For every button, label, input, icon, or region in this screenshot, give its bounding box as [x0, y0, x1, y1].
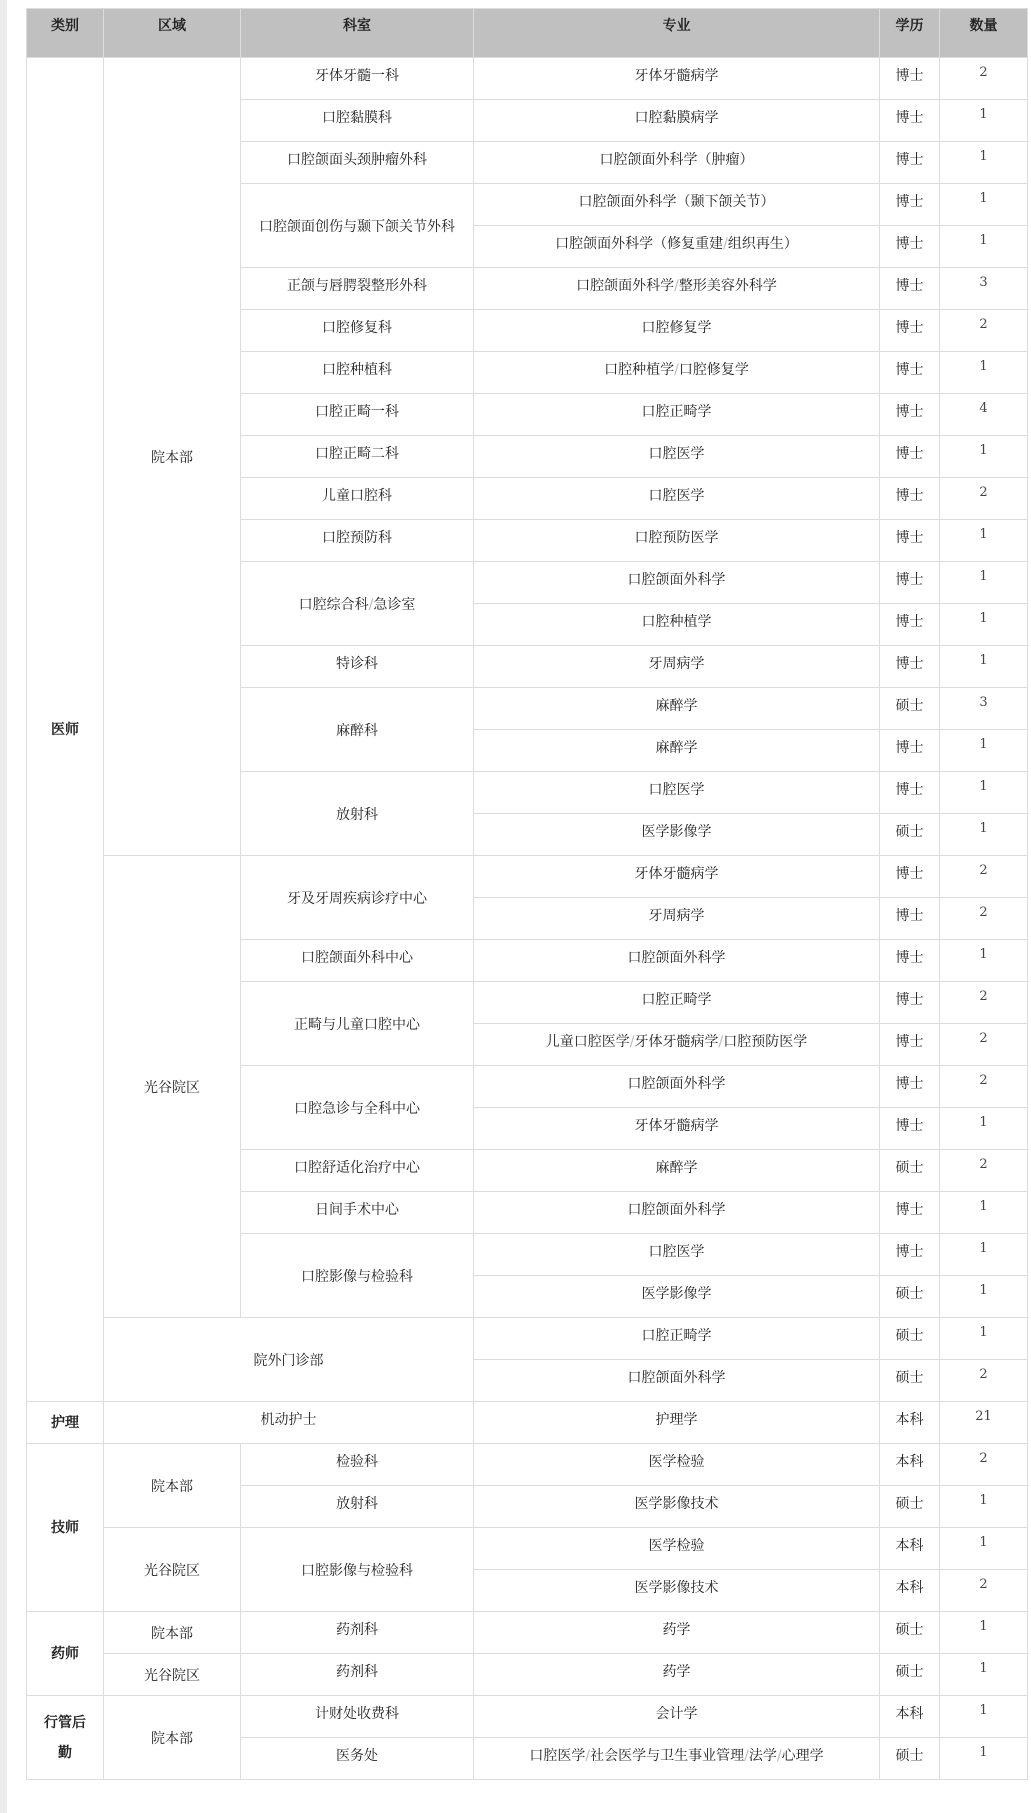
region-cell: 院本部	[104, 1444, 241, 1528]
table-row: 光谷院区牙及牙周疾病诊疗中心牙体牙髓病学博士2	[27, 856, 1028, 898]
count-cell: 1	[940, 1696, 1028, 1738]
degree-cell: 博士	[880, 100, 940, 142]
major-cell: 麻醉学	[474, 688, 880, 730]
degree-cell: 本科	[880, 1528, 940, 1570]
degree-cell: 博士	[880, 898, 940, 940]
clipped-intro-text	[50, 0, 750, 3]
table-row: 院外门诊部口腔正畸学硕士1	[27, 1318, 1028, 1360]
degree-cell: 博士	[880, 226, 940, 268]
degree-cell: 博士	[880, 436, 940, 478]
table-row: 光谷院区口腔影像与检验科医学检验本科1	[27, 1528, 1028, 1570]
category-cell: 技师	[27, 1444, 104, 1612]
degree-cell: 博士	[880, 646, 940, 688]
major-cell: 口腔正畸学	[474, 982, 880, 1024]
count-cell: 2	[940, 1444, 1028, 1486]
major-cell: 麻醉学	[474, 730, 880, 772]
count-cell: 1	[940, 1192, 1028, 1234]
count-cell: 1	[940, 100, 1028, 142]
department-cell: 口腔急诊与全科中心	[241, 1066, 474, 1150]
degree-cell: 硕士	[880, 1486, 940, 1528]
count-cell: 1	[940, 1654, 1028, 1696]
table-row: 光谷院区药剂科药学硕士1	[27, 1654, 1028, 1696]
major-cell: 牙体牙髓病学	[474, 1108, 880, 1150]
degree-cell: 博士	[880, 184, 940, 226]
major-cell: 口腔种植学	[474, 604, 880, 646]
major-cell: 医学检验	[474, 1528, 880, 1570]
degree-cell: 博士	[880, 1192, 940, 1234]
degree-cell: 硕士	[880, 688, 940, 730]
major-cell: 口腔颌面外科学	[474, 1360, 880, 1402]
major-cell: 口腔医学	[474, 478, 880, 520]
table-row: 技师院本部检验科医学检验本科2	[27, 1444, 1028, 1486]
count-cell: 1	[940, 1612, 1028, 1654]
count-cell: 1	[940, 1486, 1028, 1528]
major-cell: 口腔预防医学	[474, 520, 880, 562]
slash-separator: /	[719, 1034, 724, 1050]
degree-cell: 博士	[880, 520, 940, 562]
count-cell: 3	[940, 268, 1028, 310]
header-category: 类别	[27, 9, 104, 58]
department-cell: 牙体牙髓一科	[241, 58, 474, 100]
department-cell: 正颌与唇腭裂整形外科	[241, 268, 474, 310]
count-cell: 2	[940, 58, 1028, 100]
department-cell: 口腔正畸二科	[241, 436, 474, 478]
degree-cell: 博士	[880, 478, 940, 520]
department-cell: 计财处收费科	[241, 1696, 474, 1738]
major-cell: 牙体牙髓病学	[474, 58, 880, 100]
major-cell: 牙周病学	[474, 646, 880, 688]
category-cell: 医师	[27, 58, 104, 1402]
count-cell: 1	[940, 1528, 1028, 1570]
count-cell: 1	[940, 142, 1028, 184]
count-cell: 1	[940, 940, 1028, 982]
degree-cell: 硕士	[880, 814, 940, 856]
major-cell: 医学检验	[474, 1444, 880, 1486]
header-degree: 学历	[880, 9, 940, 58]
department-cell: 牙及牙周疾病诊疗中心	[241, 856, 474, 940]
count-cell: 1	[940, 1738, 1028, 1780]
count-cell: 2	[940, 898, 1028, 940]
degree-cell: 博士	[880, 730, 940, 772]
region-cell: 院本部	[104, 1612, 241, 1654]
region-cell: 光谷院区	[104, 1654, 241, 1696]
major-cell: 牙周病学	[474, 898, 880, 940]
major-cell: 口腔修复学	[474, 310, 880, 352]
slash-separator: /	[369, 597, 374, 613]
department-cell: 检验科	[241, 1444, 474, 1486]
department-cell: 麻醉科	[241, 688, 474, 772]
count-cell: 2	[940, 1150, 1028, 1192]
major-cell: 口腔医学	[474, 436, 880, 478]
count-cell: 1	[940, 814, 1028, 856]
degree-cell: 本科	[880, 1444, 940, 1486]
major-cell: 口腔黏膜病学	[474, 100, 880, 142]
department-cell: 正畸与儿童口腔中心	[241, 982, 474, 1066]
department-cell: 口腔颌面头颈肿瘤外科	[241, 142, 474, 184]
degree-cell: 博士	[880, 268, 940, 310]
degree-cell: 博士	[880, 604, 940, 646]
degree-cell: 硕士	[880, 1654, 940, 1696]
department-cell: 口腔综合科/急诊室	[241, 562, 474, 646]
major-cell: 口腔颌面外科学（颞下颌关节）	[474, 184, 880, 226]
header-department: 科室	[241, 9, 474, 58]
count-cell: 1	[940, 646, 1028, 688]
major-cell: 会计学	[474, 1696, 880, 1738]
major-cell: 口腔正畸学	[474, 394, 880, 436]
count-cell: 2	[940, 478, 1028, 520]
degree-cell: 本科	[880, 1696, 940, 1738]
department-cell: 特诊科	[241, 646, 474, 688]
count-cell: 2	[940, 1066, 1028, 1108]
region-cell: 光谷院区	[104, 856, 241, 1318]
count-cell: 1	[940, 1276, 1028, 1318]
department-cell: 口腔种植科	[241, 352, 474, 394]
table-header-row: 类别 区域 科室 专业 学历 数量	[27, 9, 1028, 58]
table-row: 行管后勤院本部计财处收费科会计学本科1	[27, 1696, 1028, 1738]
major-cell: 口腔颌面外科学（肿瘤）	[474, 142, 880, 184]
degree-cell: 本科	[880, 1570, 940, 1612]
category-cell: 药师	[27, 1612, 104, 1696]
count-cell: 2	[940, 982, 1028, 1024]
department-cell: 日间手术中心	[241, 1192, 474, 1234]
recruitment-table: 类别 区域 科室 专业 学历 数量 医师院本部牙体牙髓一科牙体牙髓病学博士2口腔…	[26, 8, 1028, 1780]
region-cell: 院本部	[104, 58, 241, 856]
major-cell: 医学影像学	[474, 814, 880, 856]
count-cell: 1	[940, 562, 1028, 604]
region-cell: 机动护士	[104, 1402, 474, 1444]
degree-cell: 硕士	[880, 1612, 940, 1654]
count-cell: 3	[940, 688, 1028, 730]
major-cell: 药学	[474, 1612, 880, 1654]
major-cell: 医学影像学	[474, 1276, 880, 1318]
major-cell: 口腔颌面外科学	[474, 562, 880, 604]
degree-cell: 博士	[880, 1234, 940, 1276]
degree-cell: 博士	[880, 1108, 940, 1150]
count-cell: 1	[940, 184, 1028, 226]
major-cell: 牙体牙髓病学	[474, 856, 880, 898]
department-cell: 口腔修复科	[241, 310, 474, 352]
major-cell: 口腔正畸学	[474, 1318, 880, 1360]
page-left-gutter	[0, 0, 7, 1813]
header-major: 专业	[474, 9, 880, 58]
table-row: 药师院本部药剂科药学硕士1	[27, 1612, 1028, 1654]
department-cell: 儿童口腔科	[241, 478, 474, 520]
count-cell: 2	[940, 310, 1028, 352]
region-cell: 院本部	[104, 1696, 241, 1780]
category-cell: 行管后勤	[27, 1696, 104, 1780]
table-row: 护理机动护士护理学本科21	[27, 1402, 1028, 1444]
count-cell: 1	[940, 1234, 1028, 1276]
count-cell: 2	[940, 1570, 1028, 1612]
slash-separator: /	[723, 236, 728, 252]
department-cell: 放射科	[241, 1486, 474, 1528]
degree-cell: 博士	[880, 352, 940, 394]
degree-cell: 硕士	[880, 1318, 940, 1360]
major-cell: 口腔颌面外科学	[474, 1066, 880, 1108]
major-cell: 口腔颌面外科学/整形美容外科学	[474, 268, 880, 310]
major-cell: 口腔颌面外科学	[474, 1192, 880, 1234]
count-cell: 2	[940, 1024, 1028, 1066]
table-row: 医师院本部牙体牙髓一科牙体牙髓病学博士2	[27, 58, 1028, 100]
slash-separator: /	[744, 1748, 749, 1764]
degree-cell: 硕士	[880, 1150, 940, 1192]
header-count: 数量	[940, 9, 1028, 58]
slash-separator: /	[777, 1748, 782, 1764]
major-cell: 口腔种植学/口腔修复学	[474, 352, 880, 394]
department-cell: 口腔正畸一科	[241, 394, 474, 436]
major-cell: 口腔医学	[474, 772, 880, 814]
department-cell: 药剂科	[241, 1612, 474, 1654]
department-cell: 口腔影像与检验科	[241, 1528, 474, 1612]
major-cell: 医学影像技术	[474, 1570, 880, 1612]
slash-separator: /	[585, 1748, 590, 1764]
degree-cell: 博士	[880, 1024, 940, 1066]
degree-cell: 博士	[880, 982, 940, 1024]
count-cell: 2	[940, 1360, 1028, 1402]
region-cell: 光谷院区	[104, 1528, 241, 1612]
degree-cell: 博士	[880, 856, 940, 898]
count-cell: 1	[940, 226, 1028, 268]
slash-separator: /	[674, 362, 679, 378]
degree-cell: 博士	[880, 562, 940, 604]
major-cell: 儿童口腔医学/牙体牙髓病学/口腔预防医学	[474, 1024, 880, 1066]
count-cell: 1	[940, 604, 1028, 646]
degree-cell: 博士	[880, 394, 940, 436]
count-cell: 2	[940, 856, 1028, 898]
count-cell: 1	[940, 772, 1028, 814]
degree-cell: 硕士	[880, 1360, 940, 1402]
major-cell: 医学影像技术	[474, 1486, 880, 1528]
major-cell: 口腔医学/社会医学与卫生事业管理/法学/心理学	[474, 1738, 880, 1780]
department-cell: 口腔颌面创伤与颞下颌关节外科	[241, 184, 474, 268]
count-cell: 1	[940, 1318, 1028, 1360]
major-cell: 口腔医学	[474, 1234, 880, 1276]
major-cell: 口腔颌面外科学	[474, 940, 880, 982]
count-cell: 4	[940, 394, 1028, 436]
degree-cell: 硕士	[880, 1738, 940, 1780]
department-cell: 口腔预防科	[241, 520, 474, 562]
department-cell: 放射科	[241, 772, 474, 856]
count-cell: 1	[940, 352, 1028, 394]
degree-cell: 博士	[880, 1066, 940, 1108]
major-cell: 护理学	[474, 1402, 880, 1444]
degree-cell: 博士	[880, 772, 940, 814]
degree-cell: 博士	[880, 58, 940, 100]
department-cell: 医务处	[241, 1738, 474, 1780]
count-cell: 1	[940, 520, 1028, 562]
category-cell: 护理	[27, 1402, 104, 1444]
department-cell: 口腔影像与检验科	[241, 1234, 474, 1318]
table-body: 医师院本部牙体牙髓一科牙体牙髓病学博士2口腔黏膜科口腔黏膜病学博士1口腔颌面头颈…	[27, 58, 1028, 1780]
major-cell: 麻醉学	[474, 1150, 880, 1192]
department-cell: 口腔黏膜科	[241, 100, 474, 142]
slash-separator: /	[630, 1034, 635, 1050]
count-cell: 1	[940, 1108, 1028, 1150]
slash-separator: /	[674, 278, 679, 294]
major-cell: 口腔颌面外科学（修复重建/组织再生）	[474, 226, 880, 268]
count-cell: 1	[940, 730, 1028, 772]
department-cell: 口腔舒适化治疗中心	[241, 1150, 474, 1192]
degree-cell: 博士	[880, 310, 940, 352]
degree-cell: 硕士	[880, 1276, 940, 1318]
degree-cell: 本科	[880, 1402, 940, 1444]
degree-cell: 博士	[880, 142, 940, 184]
header-region: 区域	[104, 9, 241, 58]
department-cell: 口腔颌面外科中心	[241, 940, 474, 982]
region-cell: 院外门诊部	[104, 1318, 474, 1402]
degree-cell: 博士	[880, 940, 940, 982]
major-cell: 药学	[474, 1654, 880, 1696]
count-cell: 21	[940, 1402, 1028, 1444]
count-cell: 1	[940, 436, 1028, 478]
department-cell: 药剂科	[241, 1654, 474, 1696]
